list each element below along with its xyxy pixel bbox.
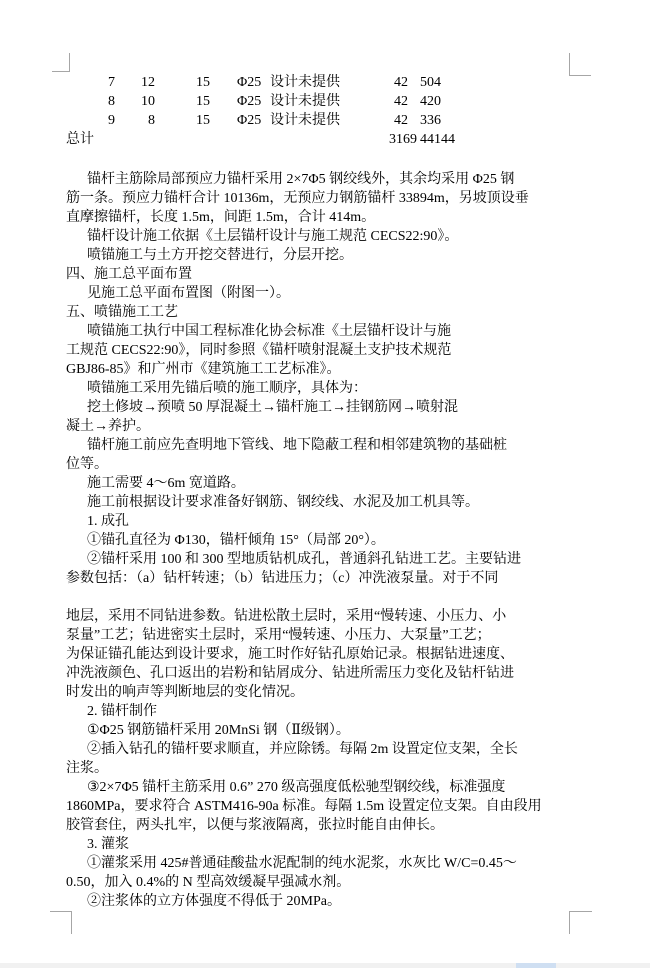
table-total-value1: 3169: [387, 132, 417, 148]
text-line: 时发出的响声等判断地层的变化情况。: [66, 683, 570, 702]
text-line: GBJ86-85》和广州市《建筑施工工艺标准》。: [66, 360, 570, 379]
text-line: 喷锚施工与土方开挖交替进行，分层开挖。: [66, 246, 570, 265]
table-cell-qty: 8: [125, 113, 155, 129]
text-line: 1860MPa，要求符合 ASTM416-90a 标准。每隔 1.5m 设置定位…: [66, 797, 570, 816]
table-cell-length: 15: [180, 75, 210, 91]
table-cell-note: 设计未提供: [270, 75, 340, 91]
text-line: 工规范 CECS22:90》，同时参照《锚杆喷射混凝土支护技术规范: [66, 341, 570, 360]
text-line: 注浆。: [66, 759, 570, 778]
bottom-strip-accent: [516, 963, 556, 968]
crop-mark-bottom-right-icon: [569, 911, 592, 934]
text-line: ①灌浆采用 425#普通硅酸盐水泥配制的纯水泥浆，水灰比 W/C=0.45～: [66, 854, 570, 873]
text-line: 锚杆施工前应先查明地下管线、地下隐蔽工程和相邻建筑物的基础桩: [66, 436, 570, 455]
table-cell-note: 设计未提供: [270, 94, 340, 110]
table-cell-value2: 336: [411, 113, 441, 129]
table-row: 7 12 15 Φ25 设计未提供 42 504: [66, 75, 570, 94]
crop-mark-top-left-icon: [52, 53, 70, 72]
table-cell-value1: 42: [378, 94, 408, 110]
text-line: ②注浆体的立方体强度不得低于 20MPa。: [66, 892, 570, 911]
text-line: 筋一条。预应力锚杆合计 10136m，无预应力钢筋锚杆 33894m，另坡顶设垂: [66, 189, 570, 208]
text-line: 0.50，加入 0.4%的 N 型高效缓凝早强减水剂。: [66, 873, 570, 892]
document-paragraphs: 锚杆主筋除局部预应力锚杆采用 2×7Φ5 钢绞线外，其余均采用 Φ25 钢 筋一…: [66, 170, 570, 911]
crop-mark-top-right-icon: [569, 53, 591, 76]
bottom-strip: [0, 963, 650, 968]
table-cell-value1: 42: [378, 75, 408, 91]
table-cell-diameter: Φ25: [237, 75, 261, 91]
table-cell-value2: 504: [411, 75, 441, 91]
section-heading: 五、喷锚施工工艺: [66, 303, 570, 322]
table-cell-value2: 420: [411, 94, 441, 110]
table-cell-diameter: Φ25: [237, 94, 261, 110]
table-cell-diameter: Φ25: [237, 113, 261, 129]
table-total-value2: 44144: [415, 132, 455, 148]
table-cell-row-no: 8: [95, 94, 115, 110]
text-line: ②锚杆采用 100 和 300 型地质钻机成孔，普通斜孔钻进工艺。主要钻进: [66, 550, 570, 569]
text-line: 挖土修坡→预喷 50 厚混凝土→锚杆施工→挂钢筋网→喷射混: [66, 398, 570, 417]
list-item-heading: 2. 锚杆制作: [66, 702, 570, 721]
text-line: 直摩擦锚杆，长度 1.5m，间距 1.5m，合计 414m。: [66, 208, 570, 227]
text-line: 喷锚施工执行中国工程标准化协会标准《土层锚杆设计与施: [66, 322, 570, 341]
section-heading: 四、施工总平面布置: [66, 265, 570, 284]
text-line: 锚杆设计施工依据《土层锚杆设计与施工规范 CECS22:90》。: [66, 227, 570, 246]
table-cell-length: 15: [180, 94, 210, 110]
text-line: 参数包括：（a）钻杆转速；（b）钻进压力；（c）冲洗液泵量。对于不同: [66, 569, 570, 588]
text-line: ①Φ25 钢筋锚杆采用 20MnSi 钢（Ⅱ级钢）。: [66, 721, 570, 740]
text-line: 见施工总平面布置图（附图一）。: [66, 284, 570, 303]
table-cell-qty: 10: [125, 94, 155, 110]
document-content: 7 12 15 Φ25 设计未提供 42 504 8 10 15 Φ25 设计未…: [66, 75, 570, 151]
list-item-heading: 1. 成孔: [66, 512, 570, 531]
text-line: ①锚孔直径为 Φ130，锚杆倾角 15°（局部 20°）。: [66, 531, 570, 550]
table-cell-row-no: 7: [95, 75, 115, 91]
crop-mark-bottom-left-icon: [50, 911, 72, 934]
text-line: ③2×7Φ5 锚杆主筋采用 0.6” 270 级高强度低松驰型钢绞线，标准强度: [66, 778, 570, 797]
text-line: ②插入钻孔的锚杆要求顺直，并应除锈。每隔 2m 设置定位支架，全长: [66, 740, 570, 759]
table-row: 8 10 15 Φ25 设计未提供 42 420: [66, 94, 570, 113]
table-total-row: 总计 3169 44144: [66, 132, 570, 151]
table-cell-row-no: 9: [95, 113, 115, 129]
text-line: 凝土→养护。: [66, 417, 570, 436]
text-line: 胶管套住，两头扎牢，以便与浆液隔离，张拉时能自由伸长。: [66, 816, 570, 835]
text-line: 位等。: [66, 455, 570, 474]
text-line: 喷锚施工采用先锚后喷的施工顺序，具体为：: [66, 379, 570, 398]
table-cell-qty: 12: [125, 75, 155, 91]
text-line: 地层，采用不同钻进参数。钻进松散土层时，采用“慢转速、小压力、小: [66, 607, 570, 626]
table-cell-length: 15: [180, 113, 210, 129]
table-cell-note: 设计未提供: [270, 113, 340, 129]
table-row: 9 8 15 Φ25 设计未提供 42 336: [66, 113, 570, 132]
text-line: 冲洗液颜色、孔口返出的岩粉和钻屑成分、钻进所需压力变化及钻杆钻进: [66, 664, 570, 683]
text-line: 锚杆主筋除局部预应力锚杆采用 2×7Φ5 钢绞线外，其余均采用 Φ25 钢: [66, 170, 570, 189]
text-line: 施工需要 4～6m 宽道路。: [66, 474, 570, 493]
text-line: 施工前根据设计要求准备好钢筋、钢绞线、水泥及加工机具等。: [66, 493, 570, 512]
table-cell-value1: 42: [378, 113, 408, 129]
anchor-rod-table: 7 12 15 Φ25 设计未提供 42 504 8 10 15 Φ25 设计未…: [66, 75, 570, 151]
list-item-heading: 3. 灌浆: [66, 835, 570, 854]
text-line: 泵量”工艺；钻进密实土层时，采用“慢转速、小压力、大泵量”工艺；: [66, 626, 570, 645]
text-line: 为保证锚孔能达到设计要求，施工时作好钻孔原始记录。根据钻进速度、: [66, 645, 570, 664]
blank-line: [66, 588, 570, 607]
table-total-label: 总计: [66, 132, 94, 148]
